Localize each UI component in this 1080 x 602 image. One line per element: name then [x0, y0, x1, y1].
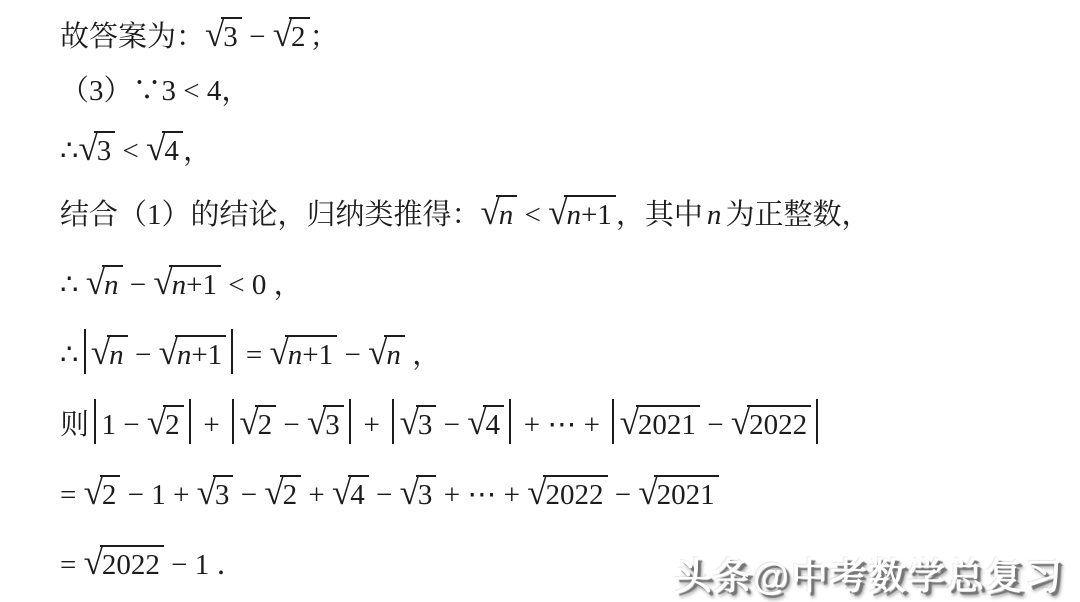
- solution-document: 故答案为：√3 − √2；（3）∵3 < 4，∴√3 < √4，结合（1）的结论…: [0, 0, 1080, 602]
- radicand: 3: [416, 405, 437, 442]
- sqrt-expression: √2: [84, 457, 121, 530]
- radicand: n: [102, 265, 123, 302]
- text-run: −: [700, 409, 731, 441]
- text-run: ，其中: [616, 199, 703, 231]
- sqrt-expression: √2022: [84, 527, 164, 600]
- text-run: ∴: [60, 269, 86, 301]
- sqrt-expression: √2022: [527, 457, 607, 530]
- radicand: n+1: [285, 335, 337, 372]
- sqrt-expression: √n: [91, 317, 128, 390]
- sqrt-expression: √n+1: [270, 317, 338, 390]
- sqrt-expression: √n: [368, 317, 405, 390]
- absolute-value-bar: [349, 399, 351, 444]
- radicand: 4: [162, 131, 183, 168]
- sqrt-expression: √4: [332, 457, 369, 530]
- text-run: =: [60, 549, 84, 581]
- absolute-value-bar: [816, 399, 818, 444]
- radicand: 3: [94, 131, 115, 168]
- sqrt-expression: √2022: [731, 387, 811, 460]
- text-run: +: [196, 409, 227, 441]
- absolute-value-bar: [94, 399, 96, 444]
- text-run: −: [337, 339, 368, 371]
- text-run: + ⋯ +: [517, 409, 608, 441]
- sqrt-expression: √4: [146, 120, 183, 180]
- sqrt-expression: √n: [481, 177, 518, 250]
- radicand: n+1: [169, 265, 221, 302]
- text-run: =: [239, 339, 270, 371]
- text-run: ∴: [60, 135, 78, 167]
- text-run: =: [60, 479, 84, 511]
- radicand: 2: [280, 475, 301, 512]
- radicand: 2021: [654, 475, 718, 512]
- radicand: 3: [221, 17, 242, 54]
- sqrt-expression: √2: [147, 387, 184, 460]
- text-run: + ⋯ +: [436, 479, 527, 511]
- radicand: n: [107, 335, 128, 372]
- text-run: −: [233, 479, 264, 511]
- text-run: ；: [310, 21, 339, 53]
- text-run: − 1 +: [120, 479, 196, 511]
- radicand: 4: [483, 405, 504, 442]
- text-run: 1 −: [101, 409, 146, 441]
- absolute-value-bar: [231, 329, 233, 374]
- text-run: 结合（1）的结论，归纳类推得：: [60, 199, 481, 231]
- sqrt-expression: √3: [205, 6, 242, 66]
- text-run: 则: [60, 409, 89, 441]
- math-lines: 故答案为：√3 − √2；（3）∵3 < 4，∴√3 < √4，结合（1）的结论…: [60, 6, 1080, 597]
- line-sum-of-abs: 则1 − √2 + √2 − √3 + √3 − √4 + ⋯ + √2021 …: [60, 387, 1080, 457]
- sqrt-expression: √2021: [620, 387, 700, 460]
- text-run: <: [517, 199, 548, 231]
- absolute-value-bar: [232, 399, 234, 444]
- radicand: 3: [213, 475, 234, 512]
- radicand: n: [496, 195, 517, 232]
- radicand: 3: [416, 475, 437, 512]
- variable-letter: n: [707, 199, 722, 231]
- text-run: ，: [405, 339, 441, 371]
- radicand: n: [384, 335, 405, 372]
- line-telescoping-expansion: = √2 − 1 + √3 − √2 + √4 − √3 + ⋯ + √2022…: [60, 457, 1080, 527]
- variable: n: [703, 199, 726, 231]
- text-run: −: [276, 409, 307, 441]
- radicand: 2021: [636, 405, 700, 442]
- text-run: +: [301, 479, 332, 511]
- text-run: < 0 ，: [221, 269, 303, 301]
- radicand: 2: [100, 475, 121, 512]
- radicand: n+1: [564, 195, 616, 232]
- text-run: +: [356, 409, 387, 441]
- absolute-value-bar: [84, 329, 86, 374]
- absolute-value-bar: [392, 399, 394, 444]
- text-run: 为正整数，: [725, 199, 870, 231]
- text-run: ∴: [60, 339, 78, 371]
- sqrt-expression: √4: [467, 387, 504, 460]
- text-run: <: [115, 135, 146, 167]
- text-run: −: [608, 479, 639, 511]
- radicand: 2: [255, 405, 276, 442]
- radicand: 2022: [100, 545, 164, 582]
- radicand: n+1: [175, 335, 227, 372]
- sqrt-expression: √3: [400, 457, 437, 530]
- text-run: 故答案为：: [60, 21, 205, 53]
- absolute-value-bar: [612, 399, 614, 444]
- text-run: −: [436, 409, 467, 441]
- sqrt-expression: √3: [400, 387, 437, 460]
- radicand: 2022: [543, 475, 607, 512]
- radicand: 2022: [747, 405, 811, 442]
- line-induction: 结合（1）的结论，归纳类推得：√n < √n+1，其中n为正整数，: [60, 177, 1080, 247]
- text-run: − 1 ．: [164, 549, 246, 581]
- radicand: 3: [323, 405, 344, 442]
- text-run: （3）∵3 < 4，: [60, 75, 250, 107]
- radicand: 4: [348, 475, 369, 512]
- sqrt-expression: √2: [239, 387, 276, 460]
- sqrt-expression: √n: [86, 247, 123, 320]
- sqrt-expression: √2021: [638, 457, 718, 530]
- radicand: 2: [163, 405, 184, 442]
- sqrt-expression: √3: [197, 457, 234, 530]
- line-diff-negative: ∴ √n − √n+1 < 0 ，: [60, 247, 1080, 317]
- sqrt-expression: √2: [264, 457, 301, 530]
- sqrt-expression: √n+1: [159, 317, 227, 390]
- text-run: ，: [183, 135, 212, 167]
- text-run: −: [123, 269, 154, 301]
- sqrt-expression: √3: [78, 120, 115, 180]
- sqrt-expression: √n+1: [153, 247, 221, 320]
- sqrt-expression: √n+1: [548, 177, 616, 250]
- absolute-value-bar: [509, 399, 511, 444]
- line-sqrt3-lt-sqrt4: ∴√3 < √4，: [60, 120, 1080, 177]
- text-run: −: [242, 21, 273, 53]
- line-part3-because: （3）∵3 < 4，: [60, 63, 1080, 120]
- sqrt-expression: √2: [273, 6, 310, 66]
- sqrt-expression: √3: [307, 387, 344, 460]
- text-run: −: [128, 339, 159, 371]
- radicand: 2: [289, 17, 310, 54]
- line-abs-value-identity: ∴√n − √n+1 = √n+1 − √n ，: [60, 317, 1080, 387]
- text-run: −: [369, 479, 400, 511]
- line-answer: 故答案为：√3 − √2；: [60, 6, 1080, 63]
- watermark: 头条@中考数学总复习: [675, 546, 1064, 600]
- absolute-value-bar: [189, 399, 191, 444]
